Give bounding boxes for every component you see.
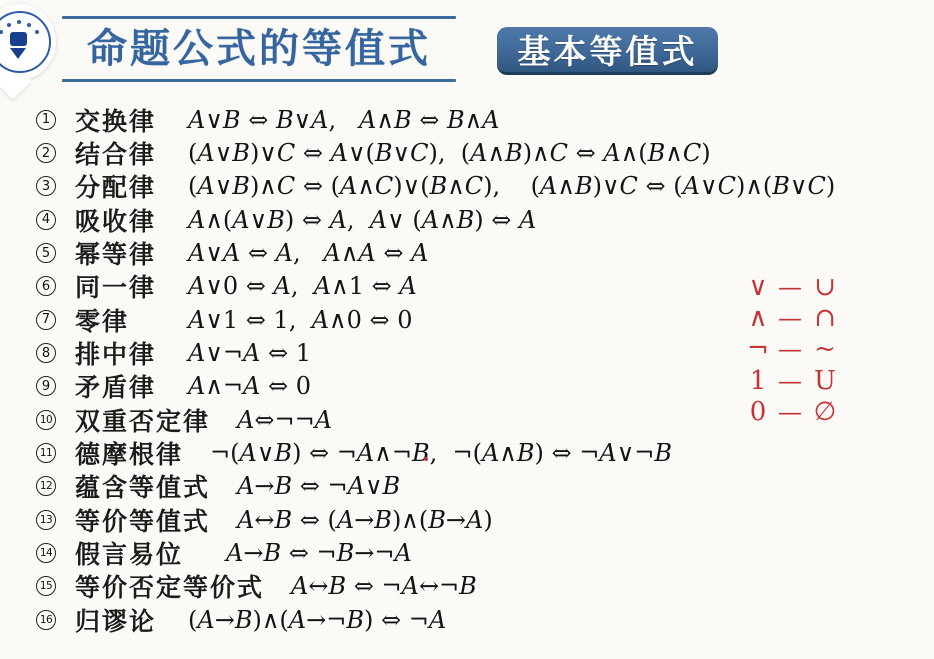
set-symbol: ∪ <box>810 272 840 302</box>
law-name: 双重否定律 <box>75 402 210 438</box>
law-number: 13 <box>36 510 56 530</box>
seal-text-dot <box>17 20 21 24</box>
law-formula: (A→B)∧(A→¬B) ⇔ ¬A <box>188 606 446 634</box>
legend-row: 0 — ∅ <box>746 397 840 428</box>
law-name: 排中律 <box>75 335 173 371</box>
set-symbol: ∅ <box>810 397 840 427</box>
law-number: 3 <box>36 176 56 196</box>
seal-text-dot <box>35 30 39 34</box>
law-number: 2 <box>36 143 56 163</box>
logic-symbol: 0 <box>746 397 770 427</box>
law-number: 9 <box>36 376 56 396</box>
law-name: 同一律 <box>75 268 173 304</box>
logic-symbol: ∨ <box>746 272 770 302</box>
logic-symbol: ¬ <box>746 334 770 364</box>
law-name: 交换律 <box>75 102 173 138</box>
dash-icon: — <box>773 335 807 363</box>
title-rule-bottom <box>62 79 456 82</box>
law-row: 13 等价等值式 A↔B ⇔ (A→B)∧(B→A) <box>36 503 916 536</box>
law-formula: A∨A ⇔ A, A∧A ⇔ A <box>188 239 428 267</box>
law-number: 16 <box>36 610 56 630</box>
seal-text-dot <box>27 23 31 27</box>
law-number: 11 <box>36 443 56 463</box>
seal-emblem-icon <box>10 32 27 46</box>
set-symbol: ~ <box>810 334 840 364</box>
set-symbol: U <box>810 366 840 396</box>
red-dot-artifact <box>424 457 428 461</box>
law-row: 12 蕴含等值式 A→B ⇔ ¬A∨B <box>36 470 916 503</box>
law-number: 4 <box>36 210 56 230</box>
law-number: 14 <box>36 543 56 563</box>
dash-icon: — <box>773 304 807 332</box>
legend-row: ∧ — ∩ <box>746 302 840 333</box>
law-formula: A↔B ⇔ (A→B)∧(B→A) <box>237 506 493 534</box>
law-name: 结合律 <box>75 135 173 171</box>
legend-row: 1 — U <box>746 365 840 396</box>
law-formula: A∨1 ⇔ 1, A∧0 ⇔ 0 <box>188 306 413 334</box>
law-name: 蕴含等值式 <box>75 468 210 504</box>
title-block: 命题公式的等值式 <box>62 16 456 82</box>
page-title: 命题公式的等值式 <box>62 19 456 79</box>
law-formula: A∨¬A ⇔ 1 <box>188 339 311 367</box>
legend-row: ¬ — ~ <box>746 334 840 365</box>
law-row: 5 幂等律 A∨A ⇔ A, A∧A ⇔ A <box>36 236 916 269</box>
law-name: 归谬论 <box>75 602 173 638</box>
law-row: 16 归谬论 (A→B)∧(A→¬B) ⇔ ¬A <box>36 603 916 636</box>
set-symbol: ∩ <box>810 303 840 333</box>
logic-symbol: ∧ <box>746 303 770 333</box>
law-formula: (A∨B)∨C ⇔ A∨(B∨C), (A∧B)∧C ⇔ A∧(B∧C) <box>188 139 711 167</box>
law-name: 等价否定等价式 <box>75 568 264 604</box>
dash-icon: — <box>773 367 807 395</box>
law-name: 吸收律 <box>75 202 173 238</box>
law-row: 11 德摩根律 ¬(A∨B) ⇔ ¬A∧¬B, ¬(A∧B) ⇔ ¬A∨¬B <box>36 436 916 469</box>
law-formula: A→B ⇔ ¬A∨B <box>237 472 400 500</box>
law-number: 15 <box>36 576 56 596</box>
law-name: 德摩根律 <box>75 435 183 471</box>
university-logo <box>0 2 62 106</box>
law-name: 矛盾律 <box>75 368 173 404</box>
law-row: 1 交换律 A∨B ⇔ B∨A, A∧B ⇔ B∧A <box>36 103 916 136</box>
dash-icon: — <box>773 398 807 426</box>
law-number: 8 <box>36 343 56 363</box>
dash-icon: — <box>773 273 807 301</box>
law-formula: A⇔¬¬A <box>237 406 332 434</box>
law-row: 2 结合律 (A∨B)∨C ⇔ A∨(B∨C), (A∧B)∧C ⇔ A∧(B∧… <box>36 136 916 169</box>
law-name: 幂等律 <box>75 235 173 271</box>
law-formula: A→B ⇔ ¬B→¬A <box>226 539 412 567</box>
section-badge-label: 基本等值式 <box>518 26 698 73</box>
law-formula: A∧¬A ⇔ 0 <box>188 372 311 400</box>
symbol-mapping-legend: ∨ — ∪ ∧ — ∩ ¬ — ~ 1 — U 0 — ∅ <box>746 271 840 428</box>
law-formula: A∧(A∨B) ⇔ A, A∨ (A∧B) ⇔ A <box>188 206 536 234</box>
law-name: 分配律 <box>75 168 173 204</box>
law-name: 假言易位 <box>75 535 183 571</box>
law-formula: A∨B ⇔ B∨A, A∧B ⇔ B∧A <box>188 106 500 134</box>
law-formula: A↔B ⇔ ¬A↔¬B <box>291 572 477 600</box>
seal-emblem-icon <box>10 48 26 59</box>
law-number: 5 <box>36 243 56 263</box>
logic-symbol: 1 <box>746 366 770 396</box>
law-number: 7 <box>36 310 56 330</box>
law-formula: ¬(A∨B) ⇔ ¬A∧¬B, ¬(A∧B) ⇔ ¬A∨¬B <box>210 439 672 467</box>
legend-row: ∨ — ∪ <box>746 271 840 302</box>
section-badge: 基本等值式 <box>497 27 718 75</box>
seal-text-dot <box>7 23 11 27</box>
law-name: 等价等值式 <box>75 502 210 538</box>
law-number: 1 <box>36 110 56 130</box>
law-number: 6 <box>36 276 56 296</box>
law-row: 4 吸收律 A∧(A∨B) ⇔ A, A∨ (A∧B) ⇔ A <box>36 203 916 236</box>
law-number: 10 <box>36 410 56 430</box>
law-row: 15 等价否定等价式 A↔B ⇔ ¬A↔¬B <box>36 570 916 603</box>
law-row: 14 假言易位 A→B ⇔ ¬B→¬A <box>36 536 916 569</box>
law-formula: A∨0 ⇔ A, A∧1 ⇔ A <box>188 272 417 300</box>
law-row: 3 分配律 (A∨B)∧C ⇔ (A∧C)∨(B∧C), (A∧B)∨C ⇔ (… <box>36 170 916 203</box>
law-formula: (A∨B)∧C ⇔ (A∧C)∨(B∧C), (A∧B)∨C ⇔ (A∨C)∧(… <box>188 172 835 200</box>
law-number: 12 <box>36 476 56 496</box>
law-name: 零律 <box>75 302 173 338</box>
